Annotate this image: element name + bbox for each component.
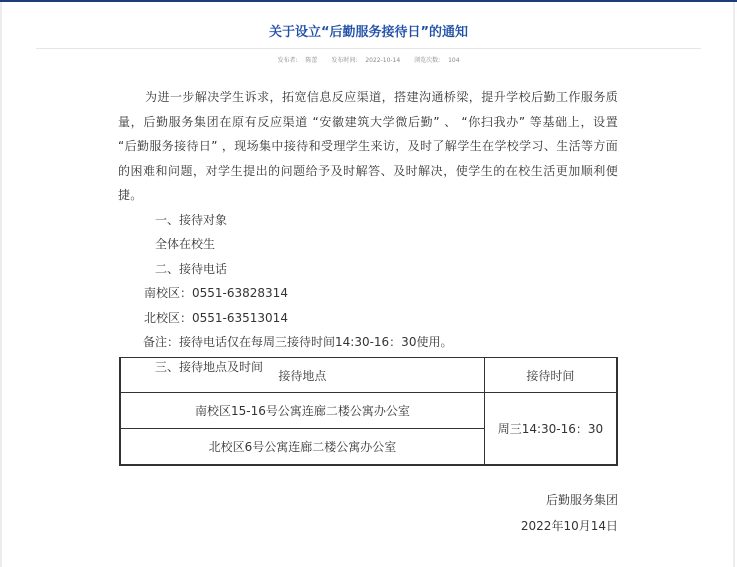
publish-date-label: 发布时间:	[331, 57, 357, 64]
table-header-row: 接待地点 接待时间	[120, 358, 617, 393]
signature-date: 2022年10月14日	[480, 513, 618, 539]
article-meta: 发布者: 陈蕾 发布时间: 2022-10-14 浏览次数: 104	[0, 56, 737, 66]
section-heading-target: 一、接待对象	[118, 208, 618, 233]
table-row: 南校区15-16号公寓连廊二楼公寓办公室 周三14:30-16：30	[120, 393, 617, 429]
location-south: 南校区15-16号公寓连廊二楼公寓办公室	[120, 393, 484, 429]
title-divider	[36, 48, 701, 49]
article-body: 为进一步解决学生诉求，拓宽信息反应渠道，搭建沟通桥梁，提升学校后勤工作服务质量，…	[118, 85, 618, 379]
publisher-label: 发布者:	[277, 57, 297, 64]
header-location: 接待地点	[120, 358, 484, 393]
view-count-value: 104	[448, 57, 459, 64]
publish-date-value: 2022-10-14	[365, 57, 400, 64]
phone-note: 备注：接待电话仅在每周三接待时间14:30-16：30使用。	[118, 330, 618, 355]
section-heading-phone: 二、接待电话	[118, 257, 618, 282]
article-title: 关于设立“后勤服务接待日”的通知	[0, 23, 737, 43]
signature-org: 后勤服务集团	[480, 487, 618, 513]
article: 关于设立“后勤服务接待日”的通知 发布者: 陈蕾 发布时间: 2022-10-1…	[0, 0, 737, 567]
phone-south-campus: 南校区：0551-63828314	[118, 281, 618, 306]
location-north: 北校区6号公寓连廊二楼公寓办公室	[120, 429, 484, 466]
reception-schedule-table: 接待地点 接待时间 南校区15-16号公寓连廊二楼公寓办公室 周三14:30-1…	[119, 357, 618, 466]
signature-block: 后勤服务集团 2022年10月14日	[480, 487, 618, 539]
view-count-label: 浏览次数:	[414, 57, 440, 64]
reception-time: 周三14:30-16：30	[484, 393, 617, 466]
publish-date: 发布时间: 2022-10-14	[328, 57, 403, 64]
publisher: 发布者: 陈蕾	[274, 57, 320, 64]
intro-paragraph: 为进一步解决学生诉求，拓宽信息反应渠道，搭建沟通桥梁，提升学校后勤工作服务质量，…	[118, 85, 618, 208]
view-count: 浏览次数: 104	[411, 57, 462, 64]
section-body-target: 全体在校生	[118, 232, 618, 257]
phone-north-campus: 北校区：0551-63513014	[118, 306, 618, 331]
publisher-value: 陈蕾	[305, 57, 317, 64]
header-time: 接待时间	[484, 358, 617, 393]
